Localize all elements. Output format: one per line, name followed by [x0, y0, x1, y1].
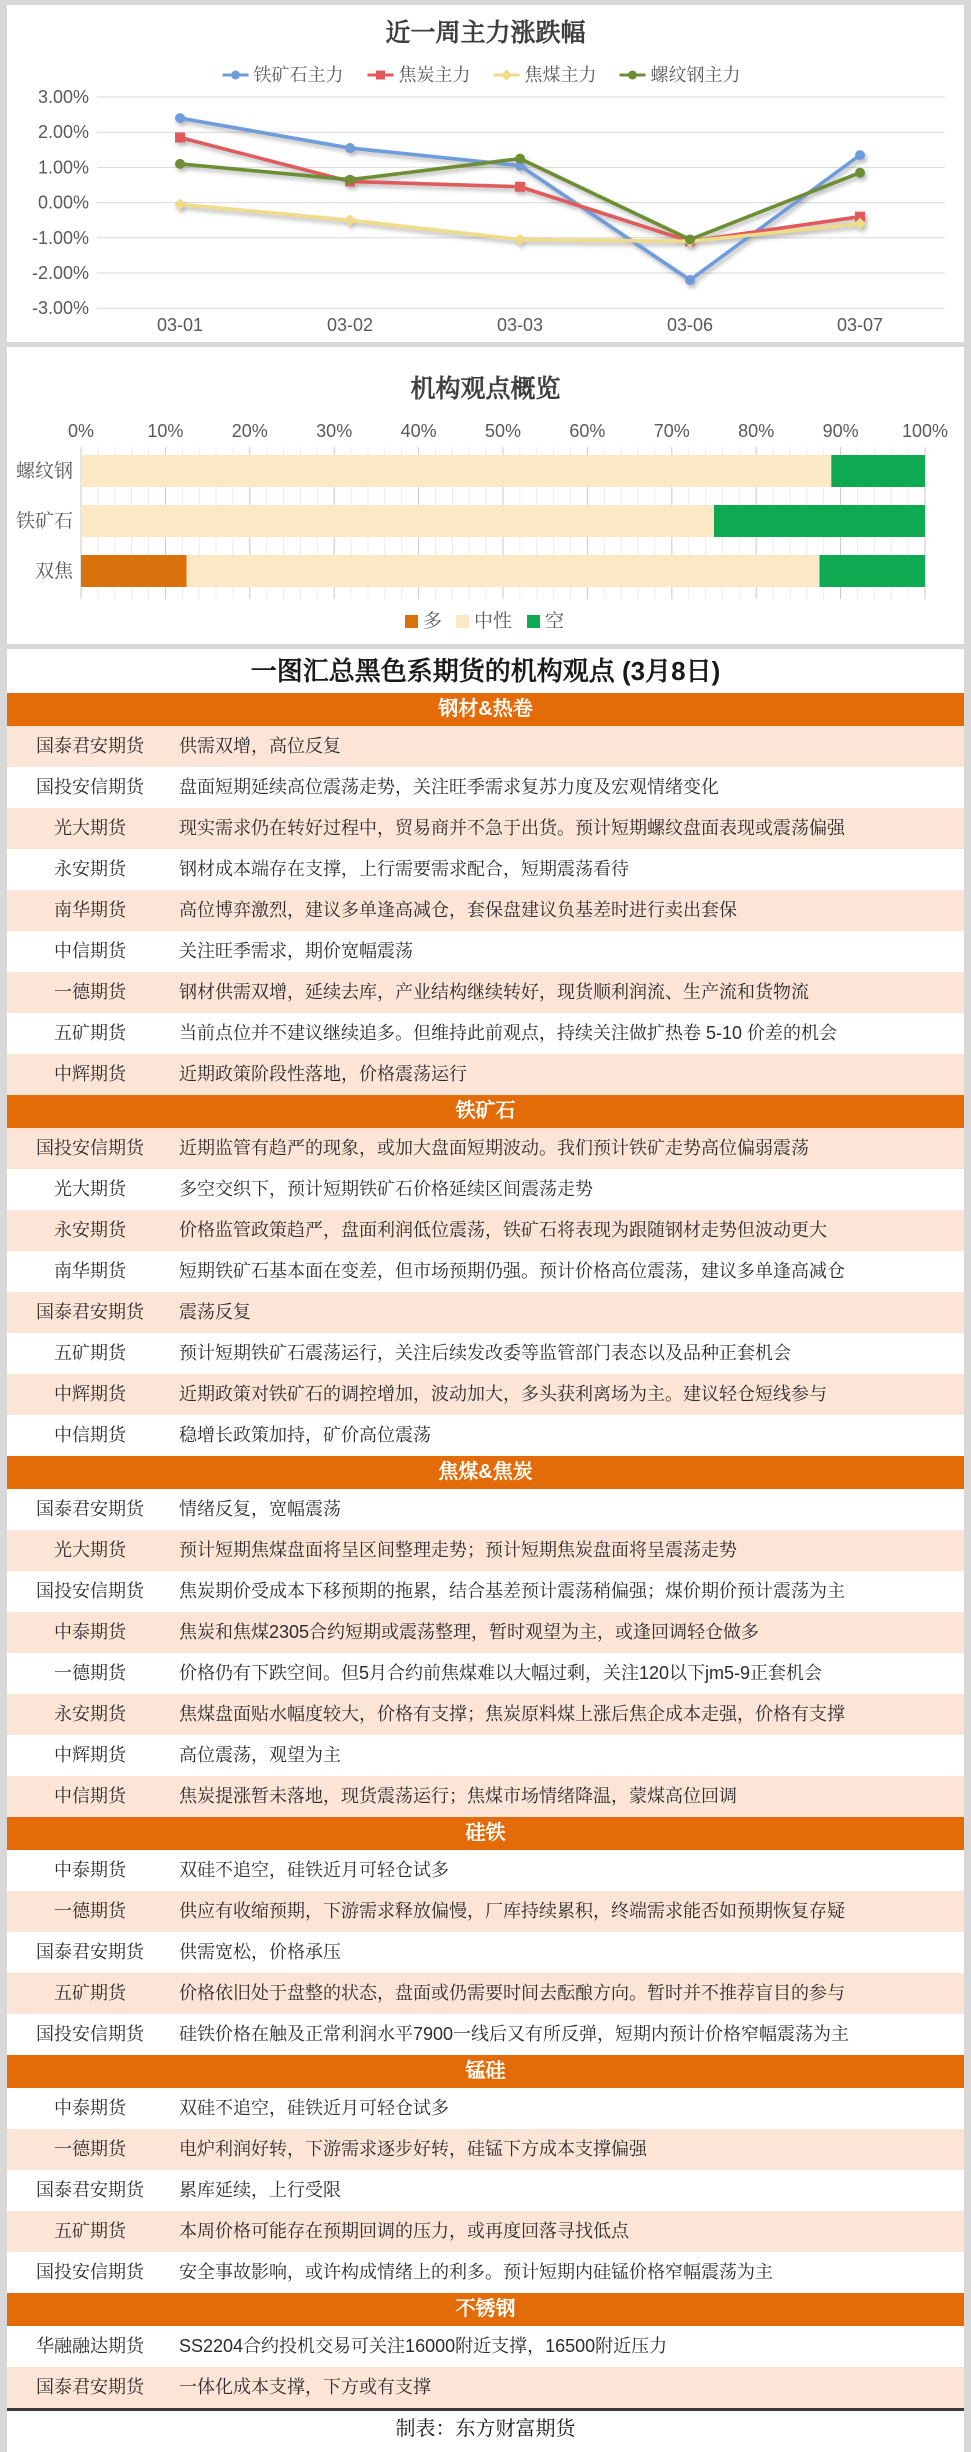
line-chart-title: 近一周主力涨跌幅: [385, 18, 585, 47]
legend-item: 焦炭主力: [368, 65, 471, 85]
table-row: 永安期货钢材成本端存在支撑，上行需要需求配合，短期震荡看待: [7, 849, 964, 890]
opinion-cell: 双硅不追空，硅铁近月可轻仓试多: [173, 1858, 964, 1883]
table-row: 中泰期货双硅不追空，硅铁近月可轻仓试多: [7, 1850, 964, 1891]
bar-segment: [714, 505, 925, 537]
institution-cell: 光大期货: [7, 1177, 173, 1202]
table-row: 五矿期货价格依旧处于盘整的状态，盘面或仍需要时间去酝酿方向。暂时并不推荐盲目的参…: [7, 1973, 964, 2014]
series-marker: [175, 159, 185, 169]
institution-cell: 国投安信期货: [7, 1579, 173, 1604]
y-tick-label: 0.00%: [38, 193, 89, 213]
x-axis-label: 70%: [654, 421, 690, 441]
institution-cell: 中辉期货: [7, 1062, 173, 1087]
table-row: 永安期货价格监管政策趋严，盘面利润低位震荡，铁矿石将表现为跟随钢材走势但波动更大: [7, 1210, 964, 1251]
institution-cell: 国泰君安期货: [7, 2375, 173, 2400]
series-line: [180, 159, 860, 240]
opinion-cell: 焦炭和焦煤2305合约短期或震荡整理，暂时观望为主，或逢回调轻仓做多: [173, 1620, 964, 1645]
bar-segment: [81, 455, 831, 487]
x-tick-label: 03-02: [327, 315, 373, 335]
opinion-cell: 供需宽松，价格承压: [173, 1940, 964, 1965]
legend-label: 空: [545, 610, 564, 632]
section-header: 焦煤&焦炭: [7, 1456, 964, 1489]
institution-cell: 永安期货: [7, 1218, 173, 1243]
opinion-cell: 硅铁价格在触及正常利润水平7900一线后又有所反弹，短期内预计价格窄幅震荡为主: [173, 2022, 964, 2047]
section-header: 钢材&热卷: [7, 693, 964, 726]
institution-cell: 国投安信期货: [7, 2260, 173, 2285]
bar-chart-title: 机构观点概览: [410, 374, 560, 403]
opinion-cell: 短期铁矿石基本面在变差，但市场预期仍强。预计价格高位震荡，建议多单逢高减仓: [173, 1259, 964, 1284]
institution-cell: 光大期货: [7, 816, 173, 841]
opinion-cell: 关注旺季需求，期价宽幅震荡: [173, 939, 964, 964]
table-row: 国泰君安期货供需宽松，价格承压: [7, 1932, 964, 1973]
institution-cell: 五矿期货: [7, 1341, 173, 1366]
institution-cell: 国投安信期货: [7, 1136, 173, 1161]
opinion-cell: 钢材供需双增，延续去库，产业结构继续转好，现货顺利润流、生产流和货物流: [173, 980, 964, 1005]
institution-cell: 中信期货: [7, 939, 173, 964]
x-axis-label: 50%: [485, 421, 521, 441]
series-marker: [515, 154, 525, 164]
section-header: 硅铁: [7, 1817, 964, 1850]
opinion-cell: 一体化成本支撑，下方或有支撑: [173, 2375, 964, 2400]
opinion-cell: 高位博弈激烈，建议多单逢高减仓，套保盘建议负基差时进行卖出套保: [173, 898, 964, 923]
y-tick-label: -1.00%: [32, 228, 89, 248]
opinion-cell: 预计短期焦煤盘面将呈区间整理走势；预计短期焦炭盘面将呈震荡走势: [173, 1538, 964, 1563]
table-row: 中泰期货焦炭和焦煤2305合约短期或震荡整理，暂时观望为主，或逢回调轻仓做多: [7, 1612, 964, 1653]
opinion-cell: 盘面短期延续高位震荡走势，关注旺季需求复苏力度及宏观情绪变化: [173, 775, 964, 800]
institution-cell: 中信期货: [7, 1784, 173, 1809]
report-page: 近一周主力涨跌幅3.00%2.00%1.00%0.00%-1.00%-2.00%…: [0, 0, 971, 2452]
bar-segment: [187, 555, 820, 587]
line-chart-panel: 近一周主力涨跌幅3.00%2.00%1.00%0.00%-1.00%-2.00%…: [7, 5, 964, 342]
series-marker: [231, 71, 240, 80]
legend-item: 焦煤主力: [494, 65, 597, 85]
opinion-cell: 价格依旧处于盘整的状态，盘面或仍需要时间去酝酿方向。暂时并不推荐盲目的参与: [173, 1981, 964, 2006]
table-row: 中信期货稳增长政策加持，矿价高位震荡: [7, 1415, 964, 1456]
table-row: 五矿期货本周价格可能存在预期回调的压力，或再度回落寻找低点: [7, 2211, 964, 2252]
table-title: 一图汇总黑色系期货的机构观点 (3月8日): [7, 649, 964, 693]
opinion-cell: 焦炭期价受成本下移预期的拖累，结合基差预计震荡稍偏强；煤价期价预计震荡为主: [173, 1579, 964, 1604]
bar-segment: [81, 505, 714, 537]
opinion-cell: 电炉利润好转，下游需求逐步好转，硅锰下方成本支撑偏强: [173, 2137, 964, 2162]
series-marker: [345, 143, 355, 153]
institution-cell: 国泰君安期货: [7, 1940, 173, 1965]
table-row: 国投安信期货近期监管有趋严的现象，或加大盘面短期波动。我们预计铁矿走势高位偏弱震…: [7, 1128, 964, 1169]
x-tick-label: 03-01: [157, 315, 203, 335]
table-row: 一德期货价格仍有下跌空间。但5月合约前焦煤难以大幅过剩，关注120以下jm5-9…: [7, 1653, 964, 1694]
table-row: 国投安信期货硅铁价格在触及正常利润水平7900一线后又有所反弹，短期内预计价格窄…: [7, 2014, 964, 2055]
opinion-cell: 多空交织下，预计短期铁矿石价格延续区间震荡走势: [173, 1177, 964, 1202]
table-row: 中辉期货近期政策对铁矿石的调控增加，波动加大，多头获利离场为主。建议轻仓短线参与: [7, 1374, 964, 1415]
institution-cell: 永安期货: [7, 1702, 173, 1727]
x-axis-label: 100%: [902, 421, 948, 441]
table-row: 一德期货电炉利润好转，下游需求逐步好转，硅锰下方成本支撑偏强: [7, 2129, 964, 2170]
bar-segment: [81, 555, 187, 587]
legend-item: 多: [405, 610, 442, 632]
section-header: 锰硅: [7, 2055, 964, 2088]
table-row: 中信期货关注旺季需求，期价宽幅震荡: [7, 931, 964, 972]
institution-cell: 南华期货: [7, 1259, 173, 1284]
category-label: 双焦: [35, 560, 74, 582]
series-marker: [515, 182, 525, 192]
opinion-cell: SS2204合约投机交易可关注16000附近支撑，16500附近压力: [173, 2334, 964, 2359]
y-tick-label: 3.00%: [38, 87, 89, 107]
opinion-cell: 钢材成本端存在支撑，上行需要需求配合，短期震荡看待: [173, 857, 964, 882]
table-row: 光大期货多空交织下，预计短期铁矿石价格延续区间震荡走势: [7, 1169, 964, 1210]
series-marker: [855, 168, 865, 178]
table-row: 国投安信期货盘面短期延续高位震荡走势，关注旺季需求复苏力度及宏观情绪变化: [7, 767, 964, 808]
y-tick-label: -2.00%: [32, 263, 89, 283]
institution-cell: 五矿期货: [7, 1021, 173, 1046]
bar-segment: [820, 555, 926, 587]
opinion-cell: 近期监管有趋严的现象，或加大盘面短期波动。我们预计铁矿走势高位偏弱震荡: [173, 1136, 964, 1161]
series-marker: [345, 175, 355, 185]
table-row: 国投安信期货焦炭期价受成本下移预期的拖累，结合基差预计震荡稍偏强；煤价期价预计震…: [7, 1571, 964, 1612]
table-row: 南华期货高位博弈激烈，建议多单逢高减仓，套保盘建议负基差时进行卖出套保: [7, 890, 964, 931]
stacked-bar-chart: 机构观点概览0%10%20%30%40%50%60%70%80%90%100%螺…: [7, 347, 964, 639]
legend-label: 多: [423, 610, 442, 632]
table-row: 一德期货供应有收缩预期，下游需求释放偏慢，厂库持续累积，终端需求能否如预期恢复存…: [7, 1891, 964, 1932]
series-marker: [501, 70, 512, 81]
institution-cell: 中辉期货: [7, 1743, 173, 1768]
opinion-cell: 本周价格可能存在预期回调的压力，或再度回落寻找低点: [173, 2219, 964, 2244]
institution-cell: 光大期货: [7, 1538, 173, 1563]
opinion-table: 一图汇总黑色系期货的机构观点 (3月8日) 钢材&热卷国泰君安期货供需双增，高位…: [7, 649, 964, 2452]
opinion-cell: 近期政策对铁矿石的调控增加，波动加大，多头获利离场为主。建议轻仓短线参与: [173, 1382, 964, 1407]
x-axis-label: 0%: [68, 421, 94, 441]
opinion-cell: 现实需求仍在转好过程中，贸易商并不急于出货。预计短期螺纹盘面表现或震荡偏强: [173, 816, 964, 841]
table-row: 光大期货预计短期焦煤盘面将呈区间整理走势；预计短期焦炭盘面将呈震荡走势: [7, 1530, 964, 1571]
table-row: 南华期货短期铁矿石基本面在变差，但市场预期仍强。预计价格高位震荡，建议多单逢高减…: [7, 1251, 964, 1292]
line-chart: 近一周主力涨跌幅3.00%2.00%1.00%0.00%-1.00%-2.00%…: [7, 5, 964, 337]
table-footer: 制表：东方财富期货: [7, 2408, 964, 2450]
institution-cell: 国投安信期货: [7, 2022, 173, 2047]
x-axis-label: 20%: [232, 421, 268, 441]
table-row: 国泰君安期货一体化成本支撑，下方或有支撑: [7, 2367, 964, 2408]
table-row: 国泰君安期货累库延续，上行受限: [7, 2170, 964, 2211]
opinion-cell: 高位震荡，观望为主: [173, 1743, 964, 1768]
x-axis-label: 90%: [823, 421, 859, 441]
legend-label: 螺纹钢主力: [651, 65, 741, 85]
institution-cell: 一德期货: [7, 980, 173, 1005]
table-row: 五矿期货预计短期铁矿石震荡运行，关注后续发改委等监管部门表态以及品种正套机会: [7, 1333, 964, 1374]
x-tick-label: 03-03: [497, 315, 543, 335]
legend-item: 铁矿石主力: [223, 65, 344, 85]
section-header: 铁矿石: [7, 1095, 964, 1128]
category-label: 铁矿石: [16, 510, 73, 532]
x-axis-label: 80%: [738, 421, 774, 441]
opinion-cell: 情绪反复，宽幅震荡: [173, 1497, 964, 1522]
opinion-cell: 震荡反复: [173, 1300, 964, 1325]
series-marker: [344, 214, 356, 226]
institution-cell: 南华期货: [7, 898, 173, 923]
institution-cell: 国泰君安期货: [7, 1300, 173, 1325]
institution-cell: 华融融达期货: [7, 2334, 173, 2359]
series-marker: [855, 150, 865, 160]
table-row: 中泰期货双硅不追空，硅铁近月可轻仓试多: [7, 2088, 964, 2129]
institution-cell: 永安期货: [7, 857, 173, 882]
table-row: 国泰君安期货情绪反复，宽幅震荡: [7, 1489, 964, 1530]
opinion-cell: 双硅不追空，硅铁近月可轻仓试多: [173, 2096, 964, 2121]
y-tick-label: 1.00%: [38, 157, 89, 177]
opinion-cell: 近期政策阶段性落地，价格震荡运行: [173, 1062, 964, 1087]
legend-item: 空: [527, 610, 564, 632]
x-axis-label: 30%: [316, 421, 352, 441]
y-tick-label: 2.00%: [38, 122, 89, 142]
table-row: 一德期货钢材供需双增，延续去库，产业结构继续转好，现货顺利润流、生产流和货物流: [7, 972, 964, 1013]
category-label: 螺纹钢: [16, 460, 73, 482]
table-row: 国泰君安期货供需双增，高位反复: [7, 726, 964, 767]
opinion-cell: 焦炭提涨暂未落地，现货震荡运行；焦煤市场情绪降温，蒙煤高位回调: [173, 1784, 964, 1809]
opinion-cell: 累库延续，上行受限: [173, 2178, 964, 2203]
institution-cell: 国泰君安期货: [7, 1497, 173, 1522]
institution-cell: 国泰君安期货: [7, 2178, 173, 2203]
opinion-cell: 当前点位并不建议继续追多。但维持此前观点，持续关注做扩热卷 5-10 价差的机会: [173, 1021, 964, 1046]
section-header: 不锈钢: [7, 2293, 964, 2326]
series-line: [180, 118, 860, 280]
x-axis-label: 40%: [401, 421, 437, 441]
institution-cell: 中泰期货: [7, 1620, 173, 1645]
series-marker: [628, 71, 637, 80]
legend-item: 螺纹钢主力: [620, 65, 741, 85]
institution-cell: 中辉期货: [7, 1382, 173, 1407]
table-row: 光大期货现实需求仍在转好过程中，贸易商并不急于出货。预计短期螺纹盘面表现或震荡偏…: [7, 808, 964, 849]
x-tick-label: 03-06: [667, 315, 713, 335]
table-row: 五矿期货当前点位并不建议继续追多。但维持此前观点，持续关注做扩热卷 5-10 价…: [7, 1013, 964, 1054]
opinion-cell: 安全事故影响，或许构成情绪上的利多。预计短期内硅锰价格窄幅震荡为主: [173, 2260, 964, 2285]
bar-segment: [831, 455, 925, 487]
table-row: 中辉期货近期政策阶段性落地，价格震荡运行: [7, 1054, 964, 1095]
opinion-cell: 供需双增，高位反复: [173, 734, 964, 759]
legend-item: 中性: [456, 610, 512, 632]
series-group: [174, 113, 866, 285]
table-row: 永安期货焦煤盘面贴水幅度较大，价格有支撑；焦炭原料煤上涨后焦企成本走强，价格有支…: [7, 1694, 964, 1735]
legend-label: 焦煤主力: [525, 65, 597, 85]
institution-cell: 中泰期货: [7, 1858, 173, 1883]
table-row: 中辉期货高位震荡，观望为主: [7, 1735, 964, 1776]
institution-cell: 国泰君安期货: [7, 734, 173, 759]
table-row: 华融融达期货SS2204合约投机交易可关注16000附近支撑，16500附近压力: [7, 2326, 964, 2367]
institution-cell: 一德期货: [7, 2137, 173, 2162]
x-tick-label: 03-07: [837, 315, 883, 335]
opinion-cell: 预计短期铁矿石震荡运行，关注后续发改委等监管部门表态以及品种正套机会: [173, 1341, 964, 1366]
series-marker: [174, 198, 186, 210]
table-row: 国投安信期货安全事故影响，或许构成情绪上的利多。预计短期内硅锰价格窄幅震荡为主: [7, 2252, 964, 2293]
institution-cell: 国投安信期货: [7, 775, 173, 800]
series-marker: [685, 235, 695, 245]
institution-cell: 中信期货: [7, 1423, 173, 1448]
bar-chart-panel: 机构观点概览0%10%20%30%40%50%60%70%80%90%100%螺…: [7, 347, 964, 644]
opinion-cell: 焦煤盘面贴水幅度较大，价格有支撑；焦炭原料煤上涨后焦企成本走强，价格有支撑: [173, 1702, 964, 1727]
institution-cell: 中泰期货: [7, 2096, 173, 2121]
x-axis-label: 10%: [147, 421, 183, 441]
series-marker: [685, 275, 695, 285]
table-row: 国泰君安期货震荡反复: [7, 1292, 964, 1333]
institution-cell: 五矿期货: [7, 2219, 173, 2244]
legend-label: 焦炭主力: [399, 65, 471, 85]
legend-label: 中性: [474, 610, 512, 632]
institution-cell: 一德期货: [7, 1899, 173, 1924]
table-row: 中信期货焦炭提涨暂未落地，现货震荡运行；焦煤市场情绪降温，蒙煤高位回调: [7, 1776, 964, 1817]
series-marker: [376, 71, 385, 80]
opinion-cell: 稳增长政策加持，矿价高位震荡: [173, 1423, 964, 1448]
series-marker: [175, 132, 185, 142]
opinion-cell: 供应有收缩预期，下游需求释放偏慢，厂库持续累积，终端需求能否如预期恢复存疑: [173, 1899, 964, 1924]
series-marker: [175, 113, 185, 123]
legend-label: 铁矿石主力: [254, 65, 344, 85]
institution-cell: 一德期货: [7, 1661, 173, 1686]
x-axis-label: 60%: [569, 421, 605, 441]
opinion-cell: 价格监管政策趋严，盘面利润低位震荡，铁矿石将表现为跟随钢材走势但波动更大: [173, 1218, 964, 1243]
institution-cell: 五矿期货: [7, 1981, 173, 2006]
opinion-cell: 价格仍有下跌空间。但5月合约前焦煤难以大幅过剩，关注120以下jm5-9正套机会: [173, 1661, 964, 1686]
series-marker: [514, 234, 526, 246]
table-body: 钢材&热卷国泰君安期货供需双增，高位反复国投安信期货盘面短期延续高位震荡走势，关…: [7, 693, 964, 2408]
y-tick-label: -3.00%: [32, 298, 89, 318]
